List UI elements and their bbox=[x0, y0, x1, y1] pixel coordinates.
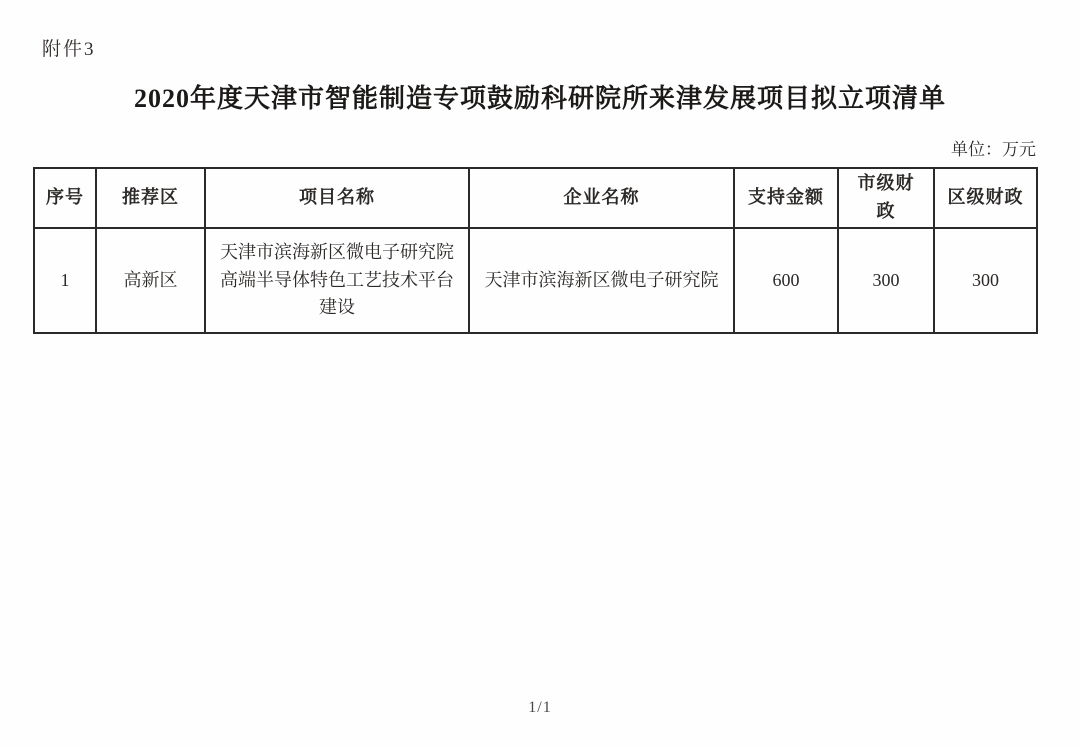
header-project-name: 项目名称 bbox=[205, 168, 469, 228]
document-page: 附件3 2020年度天津市智能制造专项鼓励科研院所来津发展项目拟立项清单 单位：… bbox=[0, 0, 1080, 746]
unit-note: 单位：万元 bbox=[951, 135, 1036, 160]
header-district: 推荐区 bbox=[96, 168, 205, 228]
cell-support-amount: 600 bbox=[734, 228, 838, 333]
cell-municipal-finance: 300 bbox=[838, 228, 934, 333]
table-row: 1 高新区 天津市滨海新区微电子研究院高端半导体特色工艺技术平台建设 天津市滨海… bbox=[34, 228, 1037, 333]
cell-project-name: 天津市滨海新区微电子研究院高端半导体特色工艺技术平台建设 bbox=[205, 228, 469, 333]
cell-district-finance: 300 bbox=[934, 228, 1037, 333]
header-seq: 序号 bbox=[34, 168, 96, 228]
header-enterprise-name: 企业名称 bbox=[469, 168, 734, 228]
table-header-row: 序号 推荐区 项目名称 企业名称 支持金额 市级财政 区级财政 bbox=[34, 168, 1037, 228]
header-support-amount: 支持金额 bbox=[734, 168, 838, 228]
header-district-finance: 区级财政 bbox=[934, 168, 1037, 228]
document-title: 2020年度天津市智能制造专项鼓励科研院所来津发展项目拟立项清单 bbox=[0, 78, 1080, 115]
cell-enterprise-name: 天津市滨海新区微电子研究院 bbox=[469, 228, 734, 333]
header-municipal-finance: 市级财政 bbox=[838, 168, 934, 228]
cell-seq: 1 bbox=[34, 228, 96, 333]
attachment-label: 附件3 bbox=[42, 34, 96, 61]
page-indicator: 1/1 bbox=[0, 699, 1080, 717]
cell-district: 高新区 bbox=[96, 228, 205, 333]
project-table: 序号 推荐区 项目名称 企业名称 支持金额 市级财政 区级财政 1 高新区 天津… bbox=[33, 167, 1038, 334]
